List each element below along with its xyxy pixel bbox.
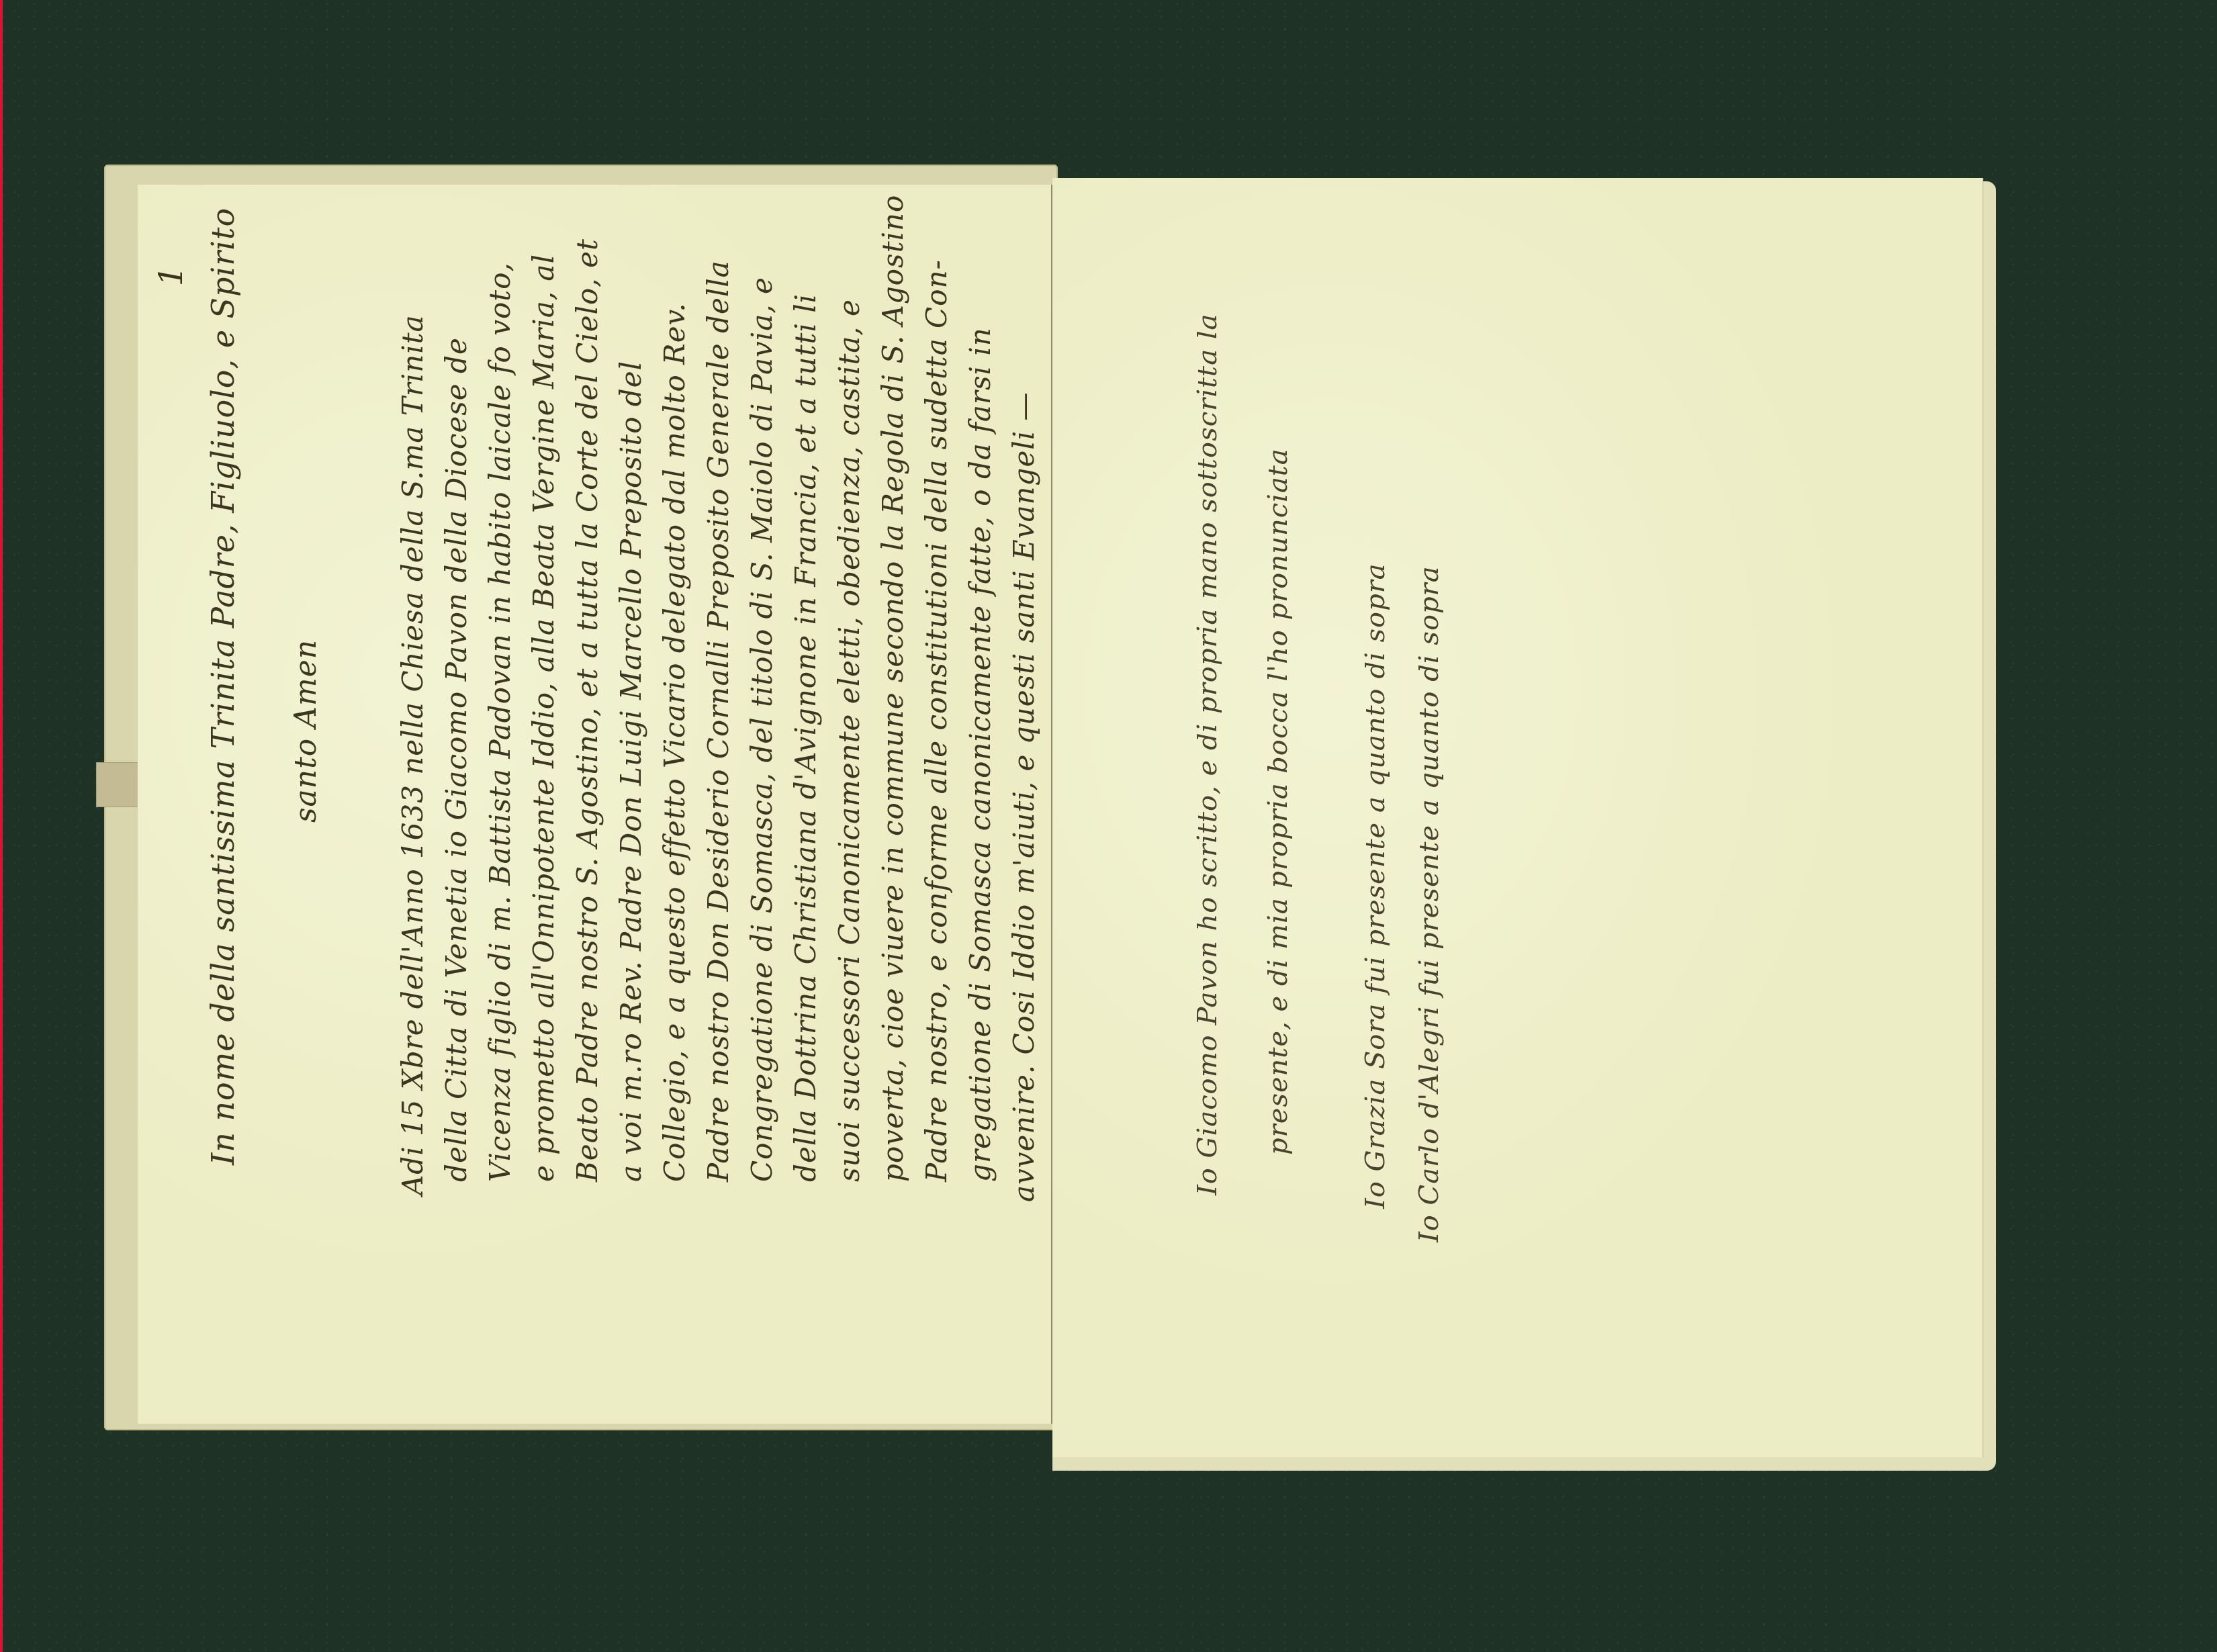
body-line: avvenire. Cosi Iddio m'aiuti, e questi s… [1007,392,1040,1202]
body-line: Beato Padre nostro S. Agostino, et a tut… [571,238,604,1182]
body-line: poverta, cioe viuere in commune secondo … [876,195,909,1182]
body-line: Adi 15 Xbre dell'Anno 1633 nella Chiesa … [396,314,429,1195]
heading-line: In nome della santissima Trinita Padre, … [205,208,241,1165]
signature-line: Io Grazia Sora fui presente a quanto di … [1360,563,1391,1209]
body-line: Vicenza figlio di m. Battista Padovan in… [484,262,516,1182]
signature-line: presente, e di mia propria bocca l'ho pr… [1263,448,1294,1155]
body-line: gregatione di Somasca canonicamente fatt… [964,327,997,1182]
folio-number: 1 [152,266,190,287]
body-line: Collegio, e a questo effetto Vicario del… [658,302,691,1182]
body-line: suoi successori Canonicamente eletti, ob… [833,299,866,1182]
body-line: Padre nostro, e conforme alle constituti… [920,259,953,1182]
body-line: a voi m.ro Rev. Padre Don Luigi Marcello… [615,361,647,1182]
body-line: Congregatione di Somasca, del titolo di … [745,277,778,1182]
body-line: della Citta di Venetia io Giacomo Pavon … [440,337,473,1182]
body-line: Padre nostro Don Desiderio Cornalli Prep… [702,260,735,1182]
heading-line: santo Amen [289,639,323,823]
signature-line: Io Carlo d'Alegri fui presente a quanto … [1414,565,1445,1242]
body-line: e prometto all'Onnipotente Iddio, alla B… [527,254,560,1182]
scan-edge-marker [0,0,3,1652]
signature-line: Io Giacomo Pavon ho scritto, e di propri… [1192,314,1223,1195]
body-line: della Dottrina Christiana d'Avignone in … [789,293,822,1182]
